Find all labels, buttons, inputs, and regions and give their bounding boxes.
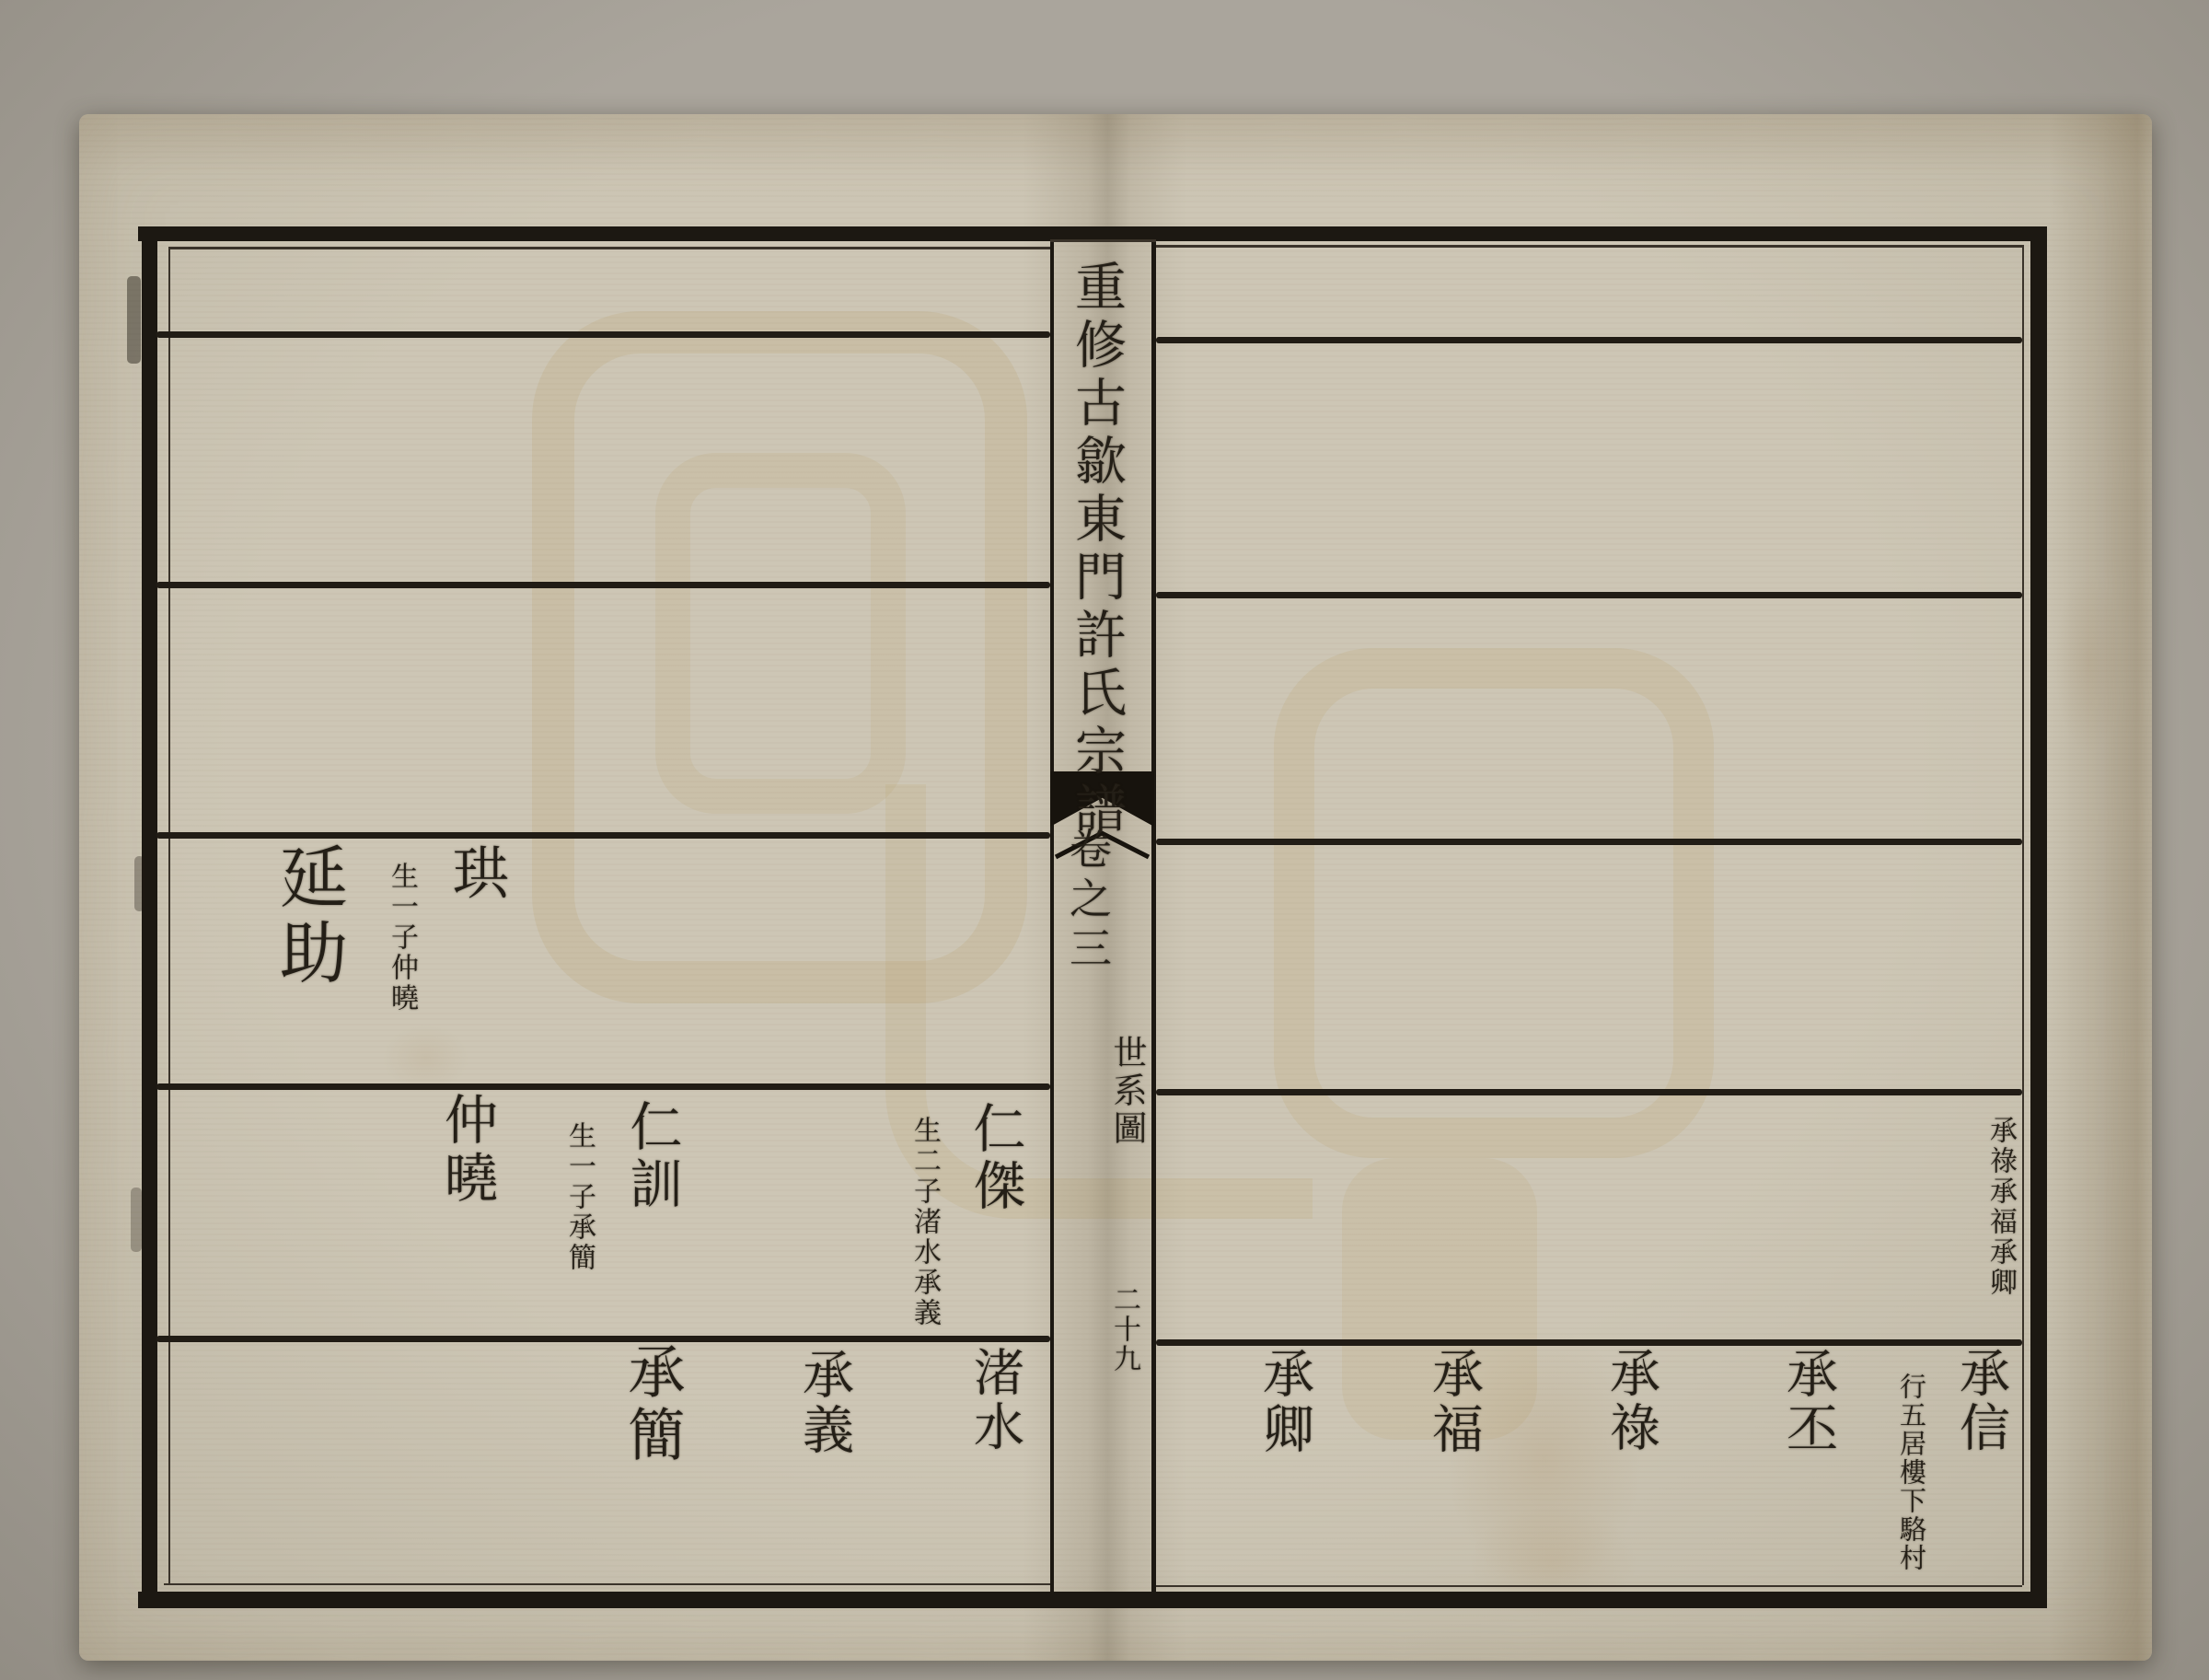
ink-smudge <box>131 1188 142 1252</box>
residence-note: 行五居樓下駱村 <box>1898 1373 1925 1572</box>
ancestor-name: 承簡 <box>623 1342 680 1467</box>
ancestor-name: 承福 <box>1428 1347 1479 1457</box>
inner-rule <box>164 1583 1050 1585</box>
row-line <box>1156 839 2022 845</box>
gutter-top-rule <box>1050 239 1156 242</box>
stain <box>2054 571 2123 755</box>
ancestor-name: 仁訓 <box>625 1099 677 1213</box>
ancestor-name: 珙 <box>447 843 504 905</box>
ancestor-name: 承丕 <box>1782 1347 1833 1457</box>
descendants-note: 生一子仲曉 <box>387 862 415 1014</box>
row-line <box>156 832 1050 839</box>
ink-smudge <box>127 276 141 364</box>
ink-smudge <box>134 856 145 911</box>
ancestor-name: 承祿 <box>1605 1347 1656 1455</box>
ancestor-name: 承義 <box>798 1348 850 1458</box>
row-line <box>1156 1089 2022 1095</box>
ancestor-name: 渚水 <box>969 1346 1020 1454</box>
row-line <box>156 1083 1050 1090</box>
page-title: 重修古歙東門許氏宗譜 <box>1070 260 1122 840</box>
inner-rule <box>1156 245 2022 248</box>
inner-rule <box>168 247 1050 249</box>
ancestor-name: 承信 <box>1955 1347 2006 1455</box>
row-line <box>1156 592 2022 598</box>
gutter-border-right <box>1151 239 1156 1592</box>
ancestor-name: 仁傑 <box>968 1101 1021 1215</box>
inner-rule <box>1156 1585 2022 1587</box>
row-line <box>1156 1339 2022 1346</box>
margin-note: 承祿承福承卿 <box>1986 1116 2014 1298</box>
frame-border-right <box>2030 226 2047 1608</box>
section-label: 世系圖 <box>1110 1035 1144 1148</box>
inner-rule <box>2022 245 2024 1585</box>
stain <box>382 1024 469 1093</box>
descendants-note: 生二子渚水承義 <box>910 1116 938 1328</box>
inner-rule <box>168 247 170 1585</box>
ancestor-name: 仲曉 <box>440 1092 493 1208</box>
ancestor-name: 延助 <box>274 841 342 992</box>
volume-label: 卷之三 <box>1067 827 1109 976</box>
row-line <box>156 1336 1050 1342</box>
frame-border-bottom <box>138 1592 2047 1608</box>
frame-border-left <box>142 226 157 1607</box>
row-line <box>156 582 1050 588</box>
gutter-border-left <box>1050 239 1054 1592</box>
descendants-note: 生一子承簡 <box>565 1121 593 1273</box>
scanned-genealogy-spread: 重修古歙東門許氏宗譜 卷之三 世系圖 二十九 珙 生一子仲曉 延助 仁傑 生二子… <box>0 0 2209 1680</box>
page-number: 二十九 <box>1110 1285 1138 1373</box>
ancestor-name: 承卿 <box>1258 1347 1310 1457</box>
row-line <box>1156 337 2022 343</box>
row-line <box>156 331 1050 338</box>
